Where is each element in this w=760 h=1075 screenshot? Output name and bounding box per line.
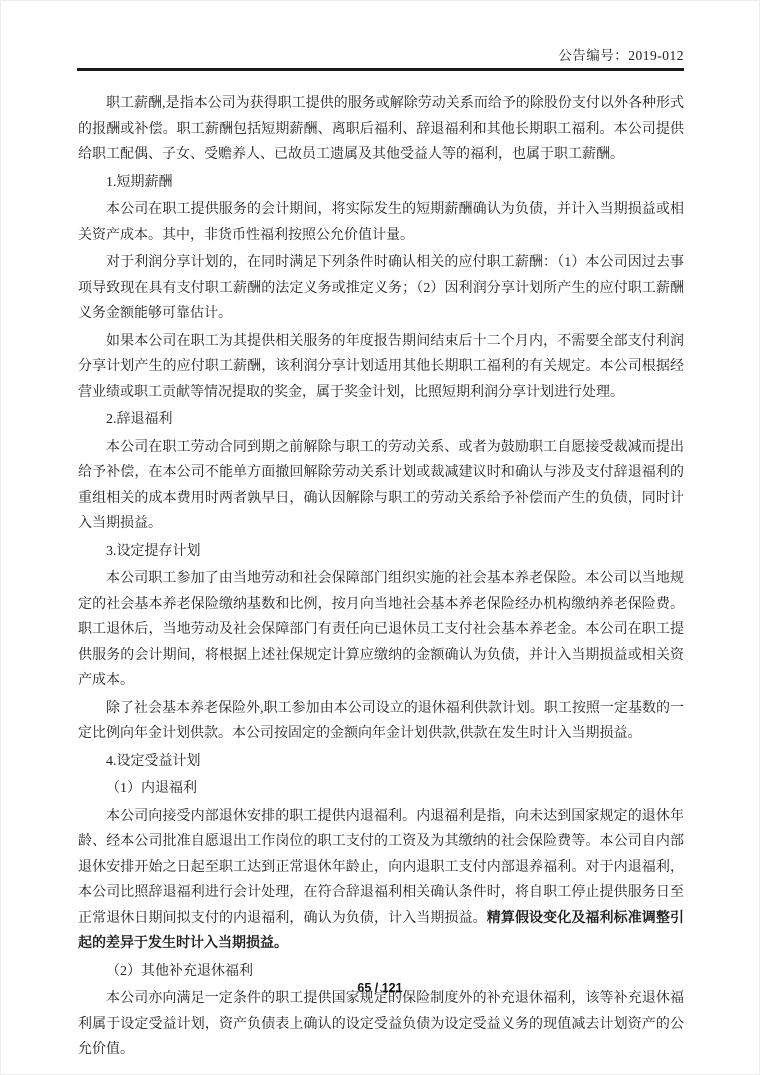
text-run: 1.短期薪酬 — [106, 175, 173, 190]
section-heading: 3.设定提存计划 — [78, 539, 684, 565]
announcement-number: 公告编号：2019-012 — [558, 48, 684, 63]
section-heading: 1.短期薪酬 — [78, 170, 684, 196]
document-page: 公告编号：2019-012 职工薪酬,是指本公司为获得职工提供的服务或解除劳动关… — [0, 0, 760, 1075]
page-footer: 65 / 121 — [0, 981, 760, 996]
text-run: 对于利润分享计划的，在同时满足下列条件时确认相关的应付职工薪酬：（1）本公司因过… — [78, 255, 684, 321]
section-heading: 2.辞退福利 — [78, 407, 684, 433]
text-run: 4.设定受益计划 — [106, 754, 201, 769]
text-run: 2.辞退福利 — [106, 412, 173, 427]
text-run: 本公司向接受内部退休安排的职工提供内退福利。内退福利是指，向未达到国家规定的退休… — [78, 809, 684, 926]
body-paragraph: 如果本公司在职工为其提供相关服务的年度报告期间结束后十二个月内，不需要全部支付利… — [78, 329, 684, 406]
body-paragraph: 本公司在职工劳动合同到期之前解除与职工的劳动关系、或者为鼓励职工自愿接受裁减而提… — [78, 435, 684, 537]
body-paragraph: 本公司在职工提供服务的会计期间，将实际发生的短期薪酬确认为负债，并计入当期损益或… — [78, 197, 684, 248]
text-run: 如果本公司在职工为其提供相关服务的年度报告期间结束后十二个月内，不需要全部支付利… — [78, 334, 684, 400]
text-run: 职工薪酬,是指本公司为获得职工提供的服务或解除劳动关系而给予的除股份支付以外各种… — [78, 96, 684, 162]
body-paragraph: 对于利润分享计划的，在同时满足下列条件时确认相关的应付职工薪酬：（1）本公司因过… — [78, 250, 684, 327]
text-run: 3.设定提存计划 — [106, 544, 201, 559]
text-run: 本公司在职工劳动合同到期之前解除与职工的劳动关系、或者为鼓励职工自愿接受裁减而提… — [78, 440, 684, 532]
body-paragraph: 职工薪酬,是指本公司为获得职工提供的服务或解除劳动关系而给予的除股份支付以外各种… — [78, 91, 684, 168]
page-number-indicator: 65 / 121 — [357, 981, 402, 995]
text-run: 本公司职工参加了由当地劳动和社会保障部门组织实施的社会基本养老保险。本公司以当地… — [78, 571, 684, 688]
text-run: （2）其他补充退休福利 — [106, 964, 253, 979]
document-header: 公告编号：2019-012 — [77, 0, 684, 71]
section-heading: （1）内退福利 — [78, 776, 684, 802]
body-paragraph: 除了社会基本养老保险外,职工参加由本公司设立的退休福利供款计划。职工按照一定基数… — [78, 696, 684, 747]
text-run: 除了社会基本养老保险外,职工参加由本公司设立的退休福利供款计划。职工按照一定基数… — [78, 701, 684, 742]
body-paragraph: 本公司向接受内部退休安排的职工提供内退福利。内退福利是指，向未达到国家规定的退休… — [78, 804, 684, 957]
document-body: 职工薪酬,是指本公司为获得职工提供的服务或解除劳动关系而给予的除股份支付以外各种… — [78, 91, 684, 1063]
text-run: （1）内退福利 — [106, 781, 197, 796]
body-paragraph: 本公司亦向满足一定条件的职工提供国家规定的保险制度外的补充退休福利，该等补充退休… — [78, 986, 684, 1063]
section-heading: 4.设定受益计划 — [78, 749, 684, 775]
body-paragraph: 本公司职工参加了由当地劳动和社会保障部门组织实施的社会基本养老保险。本公司以当地… — [78, 566, 684, 694]
text-run: 本公司在职工提供服务的会计期间，将实际发生的短期薪酬确认为负债，并计入当期损益或… — [78, 202, 684, 243]
text-run: 本公司亦向满足一定条件的职工提供国家规定的保险制度外的补充退休福利，该等补充退休… — [78, 991, 684, 1057]
